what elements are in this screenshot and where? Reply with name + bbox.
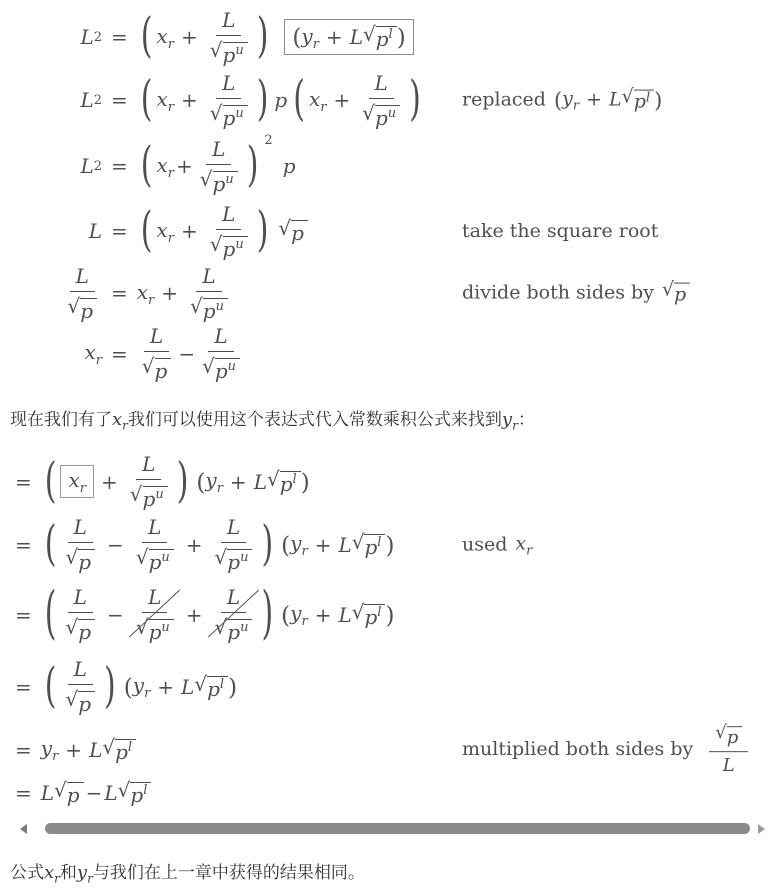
subscript-u: u <box>388 107 396 130</box>
subscript-r: r <box>526 543 532 558</box>
sqrt-pl: √pl <box>622 87 654 114</box>
subscript-u: u <box>240 551 248 574</box>
var-p: p <box>727 728 739 749</box>
left-paren: ( <box>281 603 290 629</box>
annotation-text: divide both sides by <box>462 282 654 304</box>
var-y-r: yr <box>205 468 223 495</box>
subscript-u: u <box>235 107 243 130</box>
equals-sign: = <box>15 603 32 627</box>
var-x: x <box>515 532 526 554</box>
sqrt-p: √p <box>65 688 95 716</box>
var-L: L <box>80 25 93 49</box>
sqrt-pu: √pu <box>136 546 174 574</box>
right-paren: ) <box>228 675 237 701</box>
var-y: y <box>133 673 144 697</box>
radical-icon: √ <box>210 40 223 60</box>
right-paren: ) <box>301 470 310 496</box>
var-x-r: xr <box>85 340 103 367</box>
var-p: p <box>223 238 236 261</box>
subscript-u: u <box>235 238 243 261</box>
radical-icon: √ <box>662 281 674 300</box>
fraction-L-over-sqrt-pu: L√pu <box>213 515 255 574</box>
var-y: y <box>290 601 301 625</box>
var-y-r: yr <box>77 862 93 885</box>
exponent-2: 2 <box>94 30 102 45</box>
equals-sign: = <box>15 533 32 557</box>
lhs-L-over-sqrt-p: L√p <box>10 264 102 323</box>
fraction-L-over-sqrt-p: L√p <box>65 264 99 323</box>
var-y: y <box>502 409 512 430</box>
annotation-used-xr: used xr <box>462 532 532 557</box>
radical-icon: √ <box>200 169 213 189</box>
var-p: p <box>364 536 377 559</box>
var-L: L <box>338 603 351 627</box>
var-x-r: xr <box>515 532 532 557</box>
equals-sign: = <box>111 154 128 178</box>
rhs: L √p − L √pl <box>41 779 152 807</box>
subscript-l: l <box>646 92 650 114</box>
radical-icon: √ <box>278 218 291 238</box>
big-right-paren: ) <box>257 76 269 124</box>
rhs: ( xr + L√pu ) 2 p <box>137 137 296 196</box>
annotation-text: take the square root <box>462 220 658 242</box>
var-y-r: yr <box>290 601 308 628</box>
plus-sign: + <box>181 88 198 112</box>
big-left-paren: ( <box>45 663 57 711</box>
big-right-paren: ) <box>177 458 189 506</box>
radical-icon: √ <box>362 103 375 123</box>
subscript-u: u <box>216 300 224 323</box>
var-p: p <box>78 621 91 644</box>
var-L: L <box>74 585 87 609</box>
equation-line-a5: L√p = xr + L√pu divide both sides by √p <box>10 262 769 324</box>
fraction-L-over-sqrt-pu: L√pu <box>213 585 255 644</box>
sqrt-pu: √pu <box>210 233 248 261</box>
boxed-term-yr: ( yr + L √pl ) <box>284 19 413 55</box>
equation-line-b5: = yr + L √pl multiplied both sides by √p… <box>10 726 769 774</box>
big-right-paren: ) <box>261 586 273 643</box>
var-p: p <box>78 551 91 574</box>
var-p: p <box>130 784 143 807</box>
var-p: p <box>274 88 287 112</box>
equation-line-a4: L = ( xr + L√pu ) √p take the square roo… <box>10 200 769 262</box>
var-L: L <box>74 515 87 539</box>
radical-icon: √ <box>142 356 155 376</box>
fraction-sqrt-p-over-L: √pL <box>709 723 748 777</box>
var-p: p <box>149 551 162 574</box>
boxed-x-r: xr <box>60 465 94 498</box>
sqrt-pu: √pu <box>215 546 253 574</box>
equals-sign: = <box>111 342 128 366</box>
big-right-paren: ) <box>257 13 269 61</box>
cancelled-term: L√pu <box>210 585 258 644</box>
subscript-r: r <box>96 353 102 368</box>
var-x-r: xr <box>156 218 174 245</box>
radical-icon: √ <box>267 469 280 489</box>
fraction-L-over-sqrt-pu: L√pu <box>360 71 402 130</box>
subscript-r: r <box>217 481 223 496</box>
subscript-r: r <box>168 37 174 52</box>
annotation-multiplied-both-sides: multiplied both sides by √pL <box>462 723 751 777</box>
subscript-r: r <box>573 98 579 113</box>
var-L: L <box>148 515 161 539</box>
fraction-L-over-sqrt-p: L√p <box>63 585 97 644</box>
subscript-u: u <box>225 173 233 196</box>
scroll-left-arrow-icon[interactable] <box>20 824 27 834</box>
sqrt-pu: √pu <box>215 616 253 644</box>
exponent-2: 2 <box>94 93 102 108</box>
plus-sign: + <box>315 603 332 627</box>
var-y-r: yr <box>41 736 59 763</box>
lhs-L-squared: L2 <box>10 88 102 112</box>
var-p: p <box>227 621 240 644</box>
radical-icon: √ <box>210 234 223 254</box>
plus-sign: + <box>176 154 193 178</box>
sqrt-p: √p <box>278 217 308 245</box>
var-p: p <box>375 107 388 130</box>
left-paren: ( <box>196 470 205 496</box>
var-x-r: xr <box>137 280 155 307</box>
subscript-r: r <box>168 166 174 181</box>
annotation-text: used <box>462 534 507 556</box>
scrollbar-thumb[interactable] <box>45 823 750 834</box>
sqrt-p: √p <box>67 295 97 323</box>
exponent-2: 2 <box>94 159 102 174</box>
equation-line-a2: L2 = ( xr + L√pu ) p ( xr + L√pu ) repla… <box>10 68 769 132</box>
left-paren: ( <box>554 89 562 113</box>
rhs: ( L√p ) ( yr + L √pl ) <box>41 657 237 716</box>
var-L: L <box>41 781 54 805</box>
subscript-r: r <box>148 293 154 308</box>
fraction-L-over-sqrt-p: L√p <box>63 657 97 716</box>
subscript-l: l <box>143 784 147 807</box>
plus-sign: + <box>181 25 198 49</box>
paragraph-text: 现在我们有了 <box>10 405 112 430</box>
var-L: L <box>80 88 93 112</box>
radical-icon: √ <box>190 296 203 316</box>
var-p: p <box>149 621 162 644</box>
sqrt-pl: √pl <box>118 779 152 807</box>
lhs-L: L <box>10 219 102 243</box>
fraction-L-over-sqrt-pu: L√pu <box>208 8 250 67</box>
var-p: p <box>283 154 296 178</box>
var-x: x <box>156 218 167 242</box>
subscript-l: l <box>293 473 297 496</box>
lhs-L-squared: L2 <box>10 25 102 49</box>
radical-icon: √ <box>363 24 376 44</box>
plus-sign: + <box>315 533 332 557</box>
big-left-paren: ( <box>141 142 153 190</box>
sqrt-pu: √pu <box>200 168 238 196</box>
equation-line-b6: = L √p − L √pl <box>10 774 769 812</box>
equals-sign: = <box>15 781 32 805</box>
radical-icon: √ <box>65 617 78 637</box>
equals-sign: = <box>15 675 32 699</box>
sqrt-p: √p <box>65 616 95 644</box>
sqrt-pu: √pu <box>362 102 400 130</box>
fraction-L-over-sqrt-pu: L√pu <box>128 452 170 511</box>
var-y-r: yr <box>301 24 319 51</box>
sqrt-p: √p <box>65 546 95 574</box>
var-L: L <box>142 452 155 476</box>
subscript-l: l <box>377 536 381 559</box>
lhs-x-r: xr <box>10 340 102 367</box>
equation-line-a1: L2 = ( xr + L√pu ) ( yr + L √pl ) <box>10 6 769 68</box>
rhs: ( xr + L√pu ) ( yr + L √pl ) <box>137 8 414 67</box>
var-L: L <box>148 585 161 609</box>
sqrt-pu: √pu <box>202 355 240 383</box>
sqrt-pl: √pl <box>352 601 386 629</box>
big-left-paren: ( <box>45 586 57 643</box>
var-L: L <box>212 137 225 161</box>
right-paren: ) <box>654 89 662 113</box>
fraction-L-over-sqrt-pu: L√pu <box>134 515 176 574</box>
var-x: x <box>137 280 148 304</box>
plus-sign: + <box>157 675 174 699</box>
subscript-l: l <box>220 678 224 701</box>
var-y-r: yr <box>562 88 579 113</box>
var-y: y <box>562 88 573 110</box>
equation-line-b2: = ( L√p − L√pu + L√pu ) ( yr + L √pl ) u… <box>10 514 769 576</box>
var-L: L <box>609 89 622 111</box>
equals-sign: = <box>111 25 128 49</box>
var-L: L <box>338 533 351 557</box>
var-y: y <box>41 736 52 760</box>
var-L: L <box>227 585 240 609</box>
radical-icon: √ <box>215 547 228 567</box>
scroll-right-arrow-icon[interactable] <box>758 824 765 834</box>
fraction-L-over-sqrt-pu: L√pu <box>208 71 250 130</box>
equation-line-b1: = ( xr + L√pu ) ( yr + L √pl ) <box>10 450 769 514</box>
subscript-r: r <box>52 749 58 764</box>
plus-sign: + <box>230 470 247 494</box>
sqrt-p: √p <box>142 355 172 383</box>
rhs: L√p − L√pu <box>137 324 245 383</box>
var-p: p <box>280 473 293 496</box>
minus-sign: − <box>178 342 195 366</box>
var-p: p <box>634 92 646 114</box>
var-x: x <box>156 87 167 111</box>
rhs: yr + L √pl <box>41 736 136 764</box>
radical-icon: √ <box>54 780 67 800</box>
var-y-r: yr <box>133 673 151 700</box>
sqrt-pl: √pl <box>194 673 228 701</box>
var-p: p <box>674 285 686 307</box>
var-x-r: xr <box>44 862 60 885</box>
fraction-L-over-sqrt-pu: L√pu <box>134 585 176 644</box>
paragraph-text: 与我们在上一章中获得的结果相同。 <box>93 858 365 883</box>
fraction-L-over-sqrt-p: L√p <box>140 324 174 383</box>
annotation-text: replaced <box>462 89 546 111</box>
rhs: ( xr + L√pu ) ( yr + L √pl ) <box>41 452 310 511</box>
var-p: p <box>78 693 91 716</box>
minus-sign: − <box>86 781 103 805</box>
subscript-u: u <box>161 551 169 574</box>
scrollbar-track[interactable] <box>39 823 752 834</box>
subscript-r: r <box>168 100 174 115</box>
subscript-u: u <box>240 621 248 644</box>
var-x: x <box>85 340 96 364</box>
plus-sign: + <box>101 470 118 494</box>
var-p: p <box>80 300 93 323</box>
big-right-paren: ) <box>409 76 421 124</box>
left-paren: ( <box>281 533 290 559</box>
var-L: L <box>222 71 235 95</box>
var-p: p <box>203 300 216 323</box>
var-x-r: xr <box>156 153 174 180</box>
radical-icon: √ <box>210 103 223 123</box>
radical-icon: √ <box>118 780 131 800</box>
var-p: p <box>213 173 226 196</box>
var-L: L <box>375 71 388 95</box>
var-L: L <box>254 470 267 494</box>
big-left-paren: ( <box>141 207 153 255</box>
radical-icon: √ <box>194 674 207 694</box>
var-L: L <box>181 675 194 699</box>
radical-icon: √ <box>65 689 78 709</box>
equals-sign: = <box>111 281 128 305</box>
document-page: L2 = ( xr + L√pu ) ( yr + L √pl ) L2 <box>0 0 769 896</box>
var-x: x <box>156 153 167 177</box>
lhs-L-squared: L2 <box>10 154 102 178</box>
big-left-paren: ( <box>45 521 57 569</box>
subscript-r: r <box>301 544 307 559</box>
var-x-r: xr <box>156 87 174 114</box>
var-L: L <box>150 324 163 348</box>
equation-line-b4: = ( L√p ) ( yr + L √pl ) <box>10 654 769 720</box>
radical-icon: √ <box>65 547 78 567</box>
big-right-paren: ) <box>261 521 273 569</box>
subscript-u: u <box>155 488 163 511</box>
var-L: L <box>74 657 87 681</box>
left-paren: ( <box>124 675 133 701</box>
var-y: y <box>301 24 312 48</box>
fraction-L-over-sqrt-pu: L√pu <box>208 202 250 261</box>
plus-sign: + <box>586 89 602 111</box>
equation-line-a3: L2 = ( xr + L√pu ) 2 p <box>10 132 769 200</box>
rhs: ( L√p − L√pu + L√pu ) ( yr + L √pl ) <box>41 515 395 574</box>
paragraph-text: 公式 <box>10 858 44 883</box>
annotation-text: multiplied both sides by <box>462 739 693 761</box>
sqrt-pu: √pu <box>190 295 228 323</box>
paragraph-text: 和 <box>60 858 77 883</box>
var-p: p <box>207 678 220 701</box>
derivation-block-xr: L2 = ( xr + L√pu ) ( yr + L √pl ) L2 <box>10 6 769 383</box>
sqrt-p: √p <box>662 280 690 307</box>
var-x: x <box>44 862 54 883</box>
sqrt-pl: √pl <box>363 23 397 51</box>
radical-icon: √ <box>352 602 365 622</box>
big-right-paren: ) <box>257 207 269 255</box>
var-x: x <box>156 24 167 48</box>
subscript-u: u <box>161 621 169 644</box>
var-y-r: yr <box>290 531 308 558</box>
var-x-r: xr <box>309 87 327 114</box>
subscript-u: u <box>235 44 243 67</box>
sqrt-pl: √pl <box>102 736 136 764</box>
var-L: L <box>89 738 102 762</box>
equation-line-b3: = ( L√p − L√pu + L√pu ) ( yr + L √pl ) <box>10 576 769 654</box>
plus-sign: + <box>326 25 343 49</box>
paragraph-intro: 现在我们有了xr我们可以使用这个表达式代入常数乘积公式来找到yr： <box>10 405 769 432</box>
var-p: p <box>223 44 236 67</box>
plus-sign: + <box>161 281 178 305</box>
sqrt-pl: √pl <box>267 468 301 496</box>
radical-icon: √ <box>352 532 365 552</box>
subscript-l: l <box>377 606 381 629</box>
subscript-l: l <box>389 28 393 51</box>
big-left-paren: ( <box>141 13 153 61</box>
big-right-paren: ) <box>247 142 259 190</box>
minus-sign: − <box>107 603 124 627</box>
subscript-r: r <box>301 614 307 629</box>
var-p: p <box>143 488 156 511</box>
plus-sign: + <box>181 219 198 243</box>
sqrt-pu: √pu <box>136 616 174 644</box>
sqrt-pu: √pu <box>210 39 248 67</box>
radical-icon: √ <box>136 547 149 567</box>
horizontal-scrollbar[interactable] <box>10 820 765 838</box>
annotation-divide-both-sides: divide both sides by √p <box>462 280 690 307</box>
var-y: y <box>77 862 87 883</box>
var-p: p <box>376 28 389 51</box>
var-L: L <box>222 202 235 226</box>
var-L: L <box>80 154 93 178</box>
left-paren: ( <box>292 25 301 51</box>
subscript-r: r <box>168 231 174 246</box>
fraction-L-over-sqrt-p: L√p <box>63 515 97 574</box>
equals-sign: = <box>15 738 32 762</box>
var-x-r: xr <box>156 24 174 51</box>
var-p: p <box>115 741 128 764</box>
big-right-paren: ) <box>104 663 116 711</box>
fraction-L-over-sqrt-pu: L√pu <box>198 137 240 196</box>
radical-icon: √ <box>215 617 228 637</box>
big-left-paren: ( <box>141 76 153 124</box>
fraction-L-over-sqrt-pu: L√pu <box>188 264 230 323</box>
sqrt-p: √p <box>715 723 742 749</box>
var-L: L <box>202 264 215 288</box>
equals-sign: = <box>15 470 32 494</box>
big-left-paren: ( <box>293 76 305 124</box>
var-y: y <box>290 531 301 555</box>
var-p: p <box>67 784 80 807</box>
rhs: ( L√p − L√pu + L√pu ) ( yr + L √pl ) <box>41 585 395 644</box>
radical-icon: √ <box>715 724 726 742</box>
sqrt-pu: √pu <box>130 483 168 511</box>
var-y: y <box>205 468 216 492</box>
radical-icon: √ <box>622 88 634 107</box>
subscript-l: l <box>128 741 132 764</box>
right-paren: ) <box>385 603 394 629</box>
var-y-r: yr <box>502 409 518 432</box>
plus-sign: + <box>186 603 203 627</box>
big-left-paren: ( <box>45 458 57 506</box>
paragraph-conclusion: 公式xr和yr与我们在上一章中获得的结果相同。 <box>10 858 769 885</box>
plus-sign: + <box>333 88 350 112</box>
subscript-r: r <box>313 37 319 52</box>
var-p: p <box>223 107 236 130</box>
radical-icon: √ <box>67 296 80 316</box>
annotation-take-square-root: take the square root <box>462 220 666 242</box>
radical-icon: √ <box>130 484 143 504</box>
var-L: L <box>350 25 363 49</box>
equals-sign: = <box>111 88 128 112</box>
sqrt-p: √p <box>54 779 84 807</box>
derivation-block-yr: = ( xr + L√pu ) ( yr + L √pl ) = ( L√p − <box>10 450 769 812</box>
rhs: ( xr + L√pu ) √p <box>137 202 308 261</box>
var-x: x <box>112 409 122 430</box>
